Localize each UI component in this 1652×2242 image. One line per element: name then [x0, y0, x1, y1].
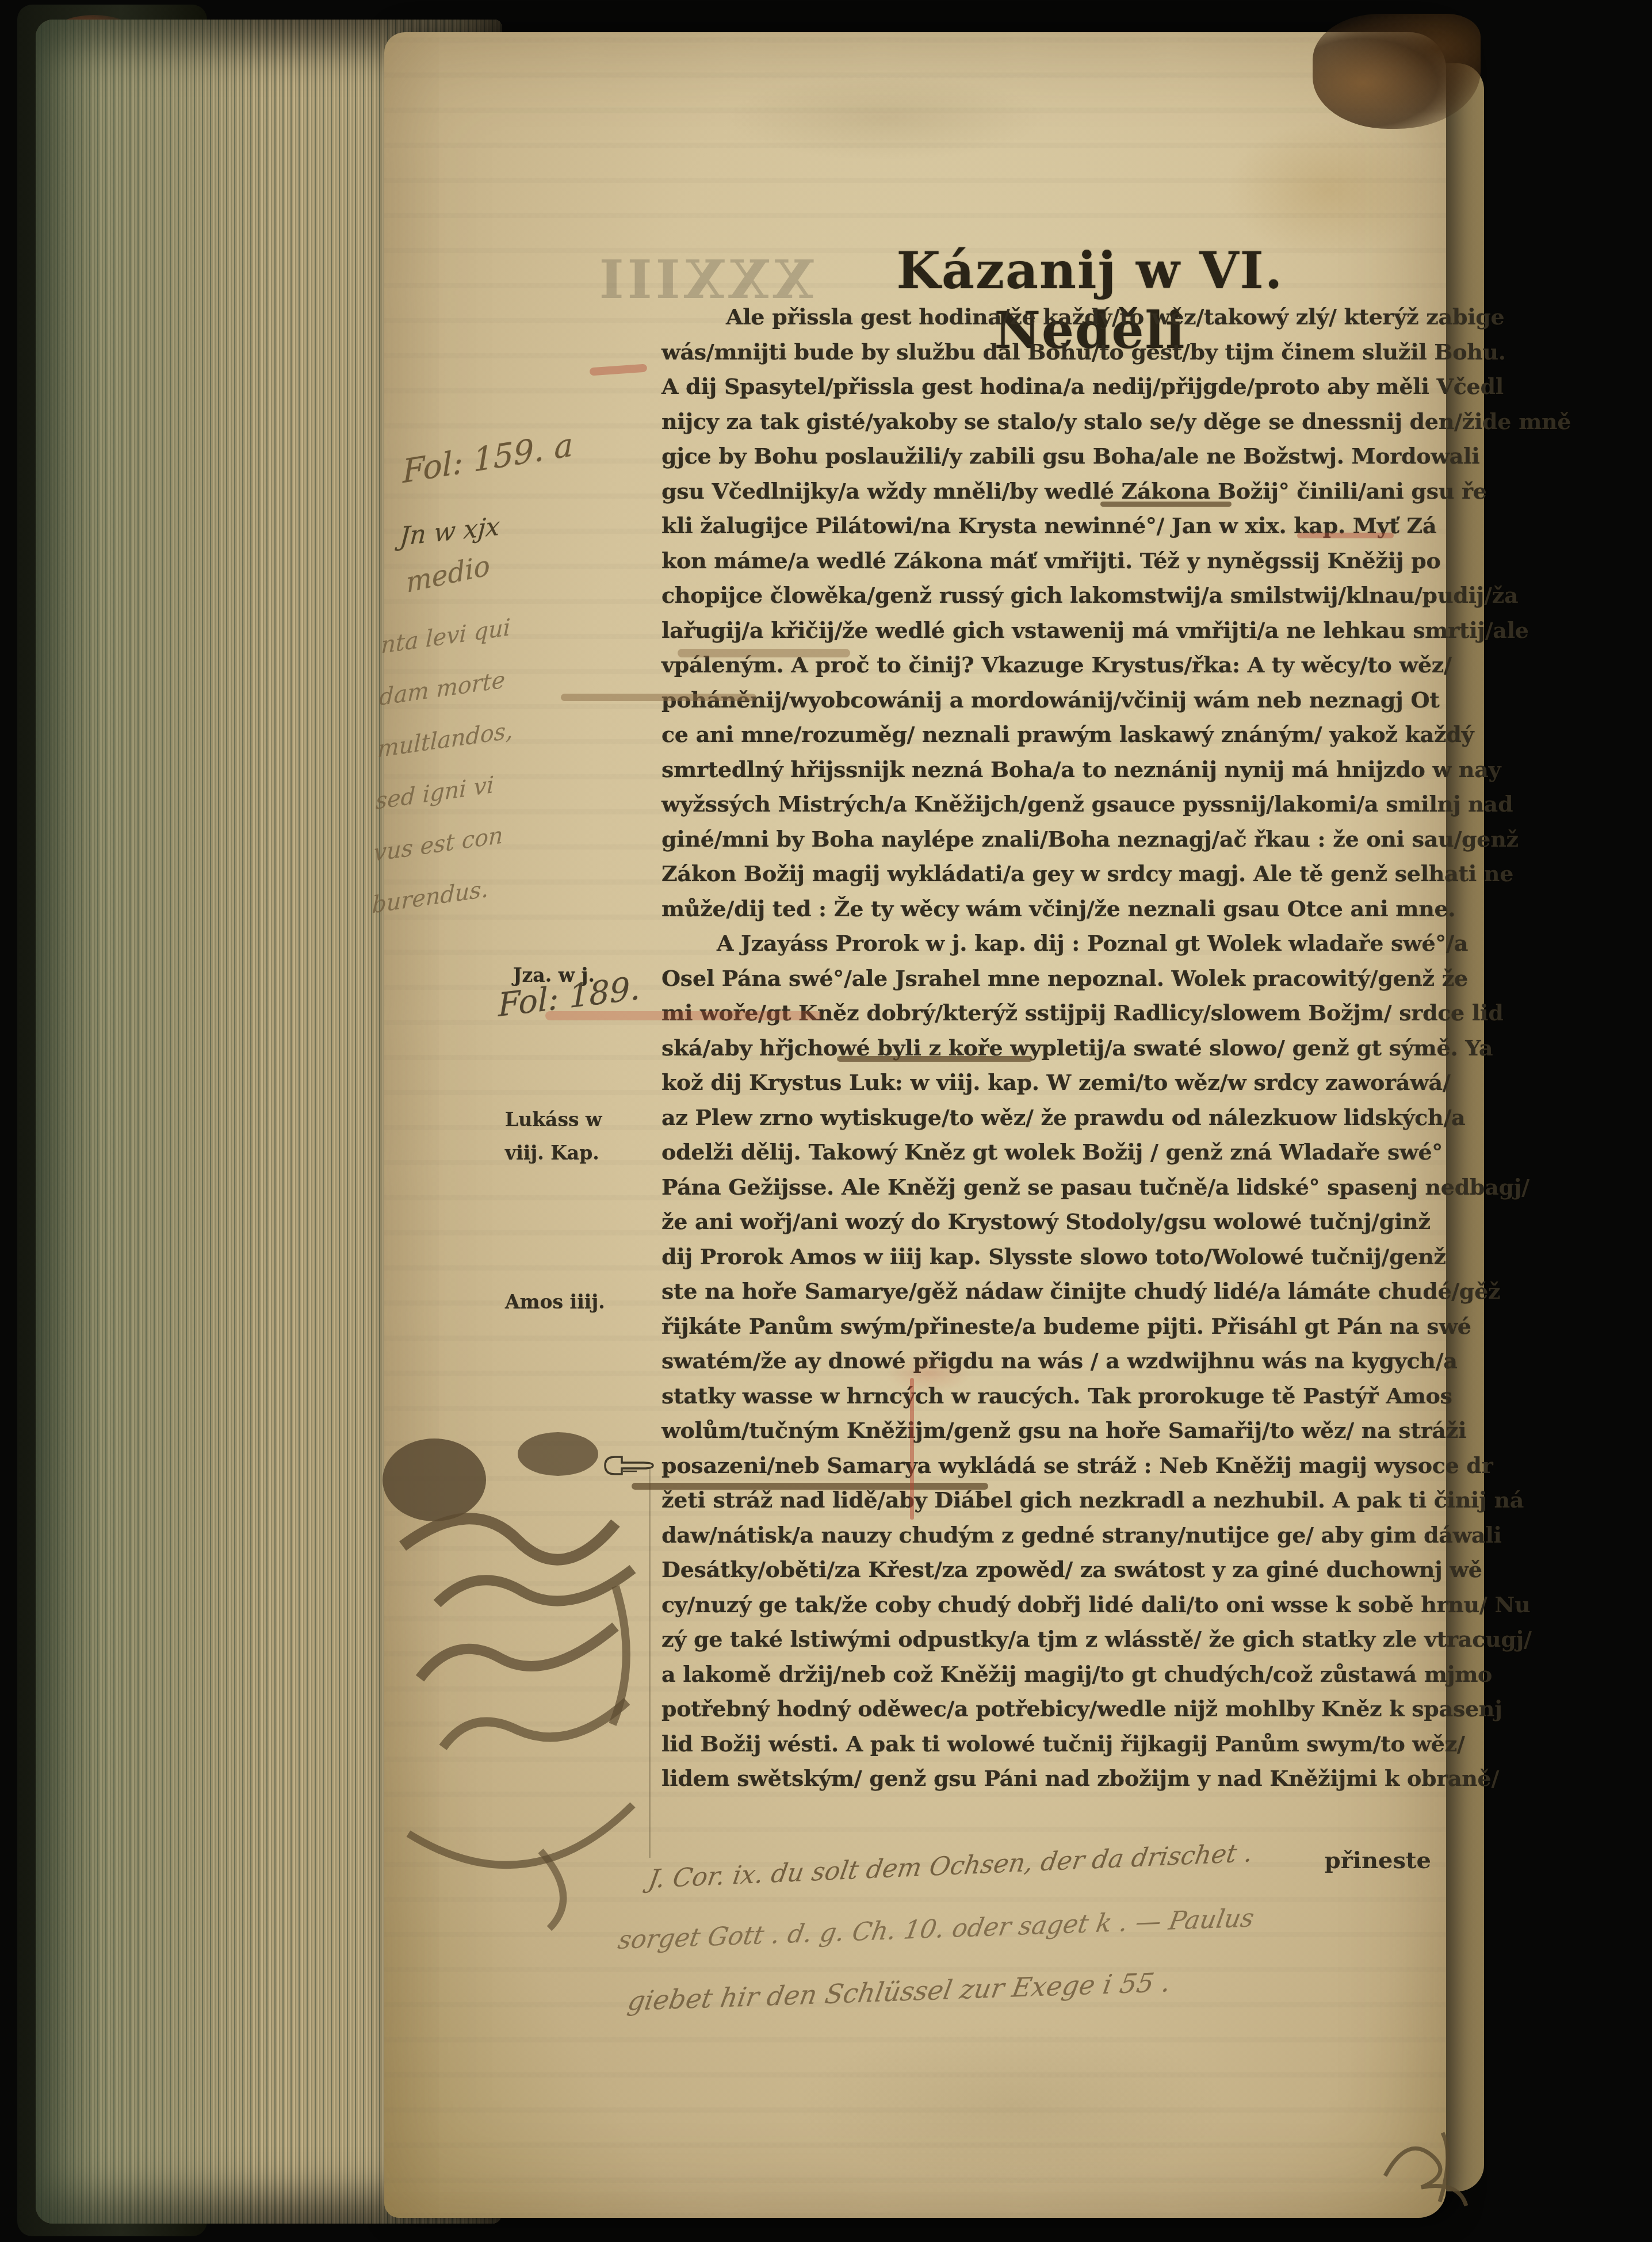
ink-underline-mark	[1100, 502, 1232, 507]
text-line: posazeni/neb Samarya wykládá se stráž : …	[661, 1448, 1439, 1483]
ink-underline-mark	[632, 1483, 988, 1490]
text-line: swatém/že ay dnowé přigdu na wás / a wzd…	[661, 1344, 1439, 1379]
paragraph-2: A Jzayáss Prorok w j. kap. dij : Poznal …	[661, 926, 1439, 1796]
text-line: řijkáte Panům swým/přineste/a budeme pij…	[661, 1309, 1439, 1344]
text-line: Osel Pána swé°/ale Jsrahel mne nepoznal.…	[661, 961, 1439, 996]
ink-underline-mark	[561, 694, 756, 701]
text-line: ste na hoře Samarye/gěž nádaw činijte ch…	[661, 1274, 1439, 1309]
corner-ink-squiggle	[1374, 2121, 1483, 2213]
text-line: lidem swětským/ genž gsu Páni nad zbožij…	[661, 1761, 1439, 1796]
text-line: A dij Spasytel/přissla gest hodina/a ned…	[661, 369, 1439, 404]
text-line: az Plew zrno wytiskuge/to wěz/ že prawdu…	[661, 1100, 1439, 1135]
ink-underline-mark	[837, 1056, 1032, 1062]
text-line: kož dij Krystus Luk: w viij. kap. W zemi…	[661, 1065, 1439, 1100]
text-line: wyžssých Mistrých/a Kněžijch/genž gsauce…	[661, 787, 1439, 822]
ink-scrawl-marginalia	[368, 1414, 667, 1931]
paragraph-1: Ale přissla gest hodina/že každý/to wěz/…	[661, 300, 1439, 926]
text-line: gjce by Bohu poslaužili/y zabili gsu Boh…	[661, 439, 1439, 474]
red-chalk-blot	[886, 1353, 972, 1393]
text-line: Desátky/oběti/za Křest/za zpowěd/ za swá…	[661, 1552, 1439, 1587]
text-line: statky wasse w hrncých w raucých. Tak pr…	[661, 1379, 1439, 1414]
text-line: wolům/tučným Kněžijm/genž gsu na hoře Sa…	[661, 1413, 1439, 1448]
book-photograph: XXXIII Kázanij w VI. Neděli Ale přissla …	[0, 0, 1652, 2242]
text-line: cy/nuzý ge tak/že coby chudý dobřj lidé …	[661, 1587, 1439, 1623]
text-line: chopijce člowěka/genž russý gich lakomst…	[661, 578, 1439, 613]
text-line: ská/aby hřjchowé byli z koře wypletij/a …	[661, 1031, 1439, 1066]
text-line: kon máme/a wedlé Zákona máť vmřijti. Též…	[661, 544, 1439, 579]
red-chalk-vertical-mark	[910, 1378, 914, 1520]
text-line: může/dij ted : Že ty wěcy wám včinj/že n…	[661, 892, 1439, 927]
text-line: wás/mnijti bude by službu dal Bohu/to ge…	[661, 335, 1439, 370]
manicule-icon	[602, 1452, 657, 1479]
text-line: Pána Gežijsse. Ale Kněžj genž se pasau t…	[661, 1170, 1439, 1205]
margin-note-luke-line1: Lukáss w	[505, 1103, 602, 1137]
paper-stain	[1225, 121, 1432, 259]
text-line: A Jzayáss Prorok w j. kap. dij : Poznal …	[661, 926, 1439, 961]
text-line: a lakomě držij/neb což Kněžij magij/to g…	[661, 1657, 1439, 1692]
margin-note-latin: nta levi quidam mortemultlandos,sed igni…	[371, 601, 517, 932]
margin-note-luke: Lukáss w viij. Kap.	[505, 1103, 602, 1170]
text-line: ce ani mne/rozuměg/ neznali prawým laska…	[661, 717, 1439, 752]
text-line: giné/mni by Boha naylépe znali/Boha nezn…	[661, 822, 1439, 857]
text-line: smrtedlný hřijssnijk nezná Boha/a to nez…	[661, 752, 1439, 787]
text-line: zý ge také lstiwými odpustky/a tjm z wlá…	[661, 1622, 1439, 1657]
text-line: lařugij/a křičij/že wedlé gich vstawenij…	[661, 613, 1439, 648]
text-line: odelži dělij. Takowý Kněz gt wolek Božij…	[661, 1135, 1439, 1170]
paper-stain	[794, 2025, 1231, 2186]
text-line: Ale přissla gest hodina/že každý/to wěz/…	[661, 300, 1439, 335]
margin-note-luke-line2: viij. Kap.	[505, 1137, 602, 1170]
text-line: že ani wořj/ani wozý do Krystowý Stodoly…	[661, 1204, 1439, 1239]
text-line: nijcy za tak gisté/yakoby se stalo/y sta…	[661, 404, 1439, 439]
page-stack-shading	[36, 20, 283, 2224]
paper-stain	[725, 75, 1047, 161]
margin-note-amos: Amos iiij.	[505, 1291, 605, 1313]
text-line: potřebný hodný oděwec/a potřebicy/wedle …	[661, 1692, 1439, 1727]
red-chalk-smear	[545, 1011, 821, 1020]
corner-damage	[1313, 14, 1481, 129]
text-line: Zákon Božij magij wykládati/a gey w srdc…	[661, 856, 1439, 892]
text-line: gsu Včedlnijky/a wždy mněli/by wedlé Zák…	[661, 474, 1439, 509]
ink-smear-mark	[678, 649, 850, 657]
text-line: lid Božij wésti. A pak ti wolowé tučnij …	[661, 1727, 1439, 1762]
red-chalk-underline	[1297, 533, 1394, 538]
text-line: daw/nátisk/a nauzy chudým z gedné strany…	[661, 1518, 1439, 1553]
text-line: dij Prorok Amos w iiij kap. Slysste slow…	[661, 1239, 1439, 1275]
text-line: poháněnij/wyobcowánij a mordowánij/včini…	[661, 683, 1439, 718]
